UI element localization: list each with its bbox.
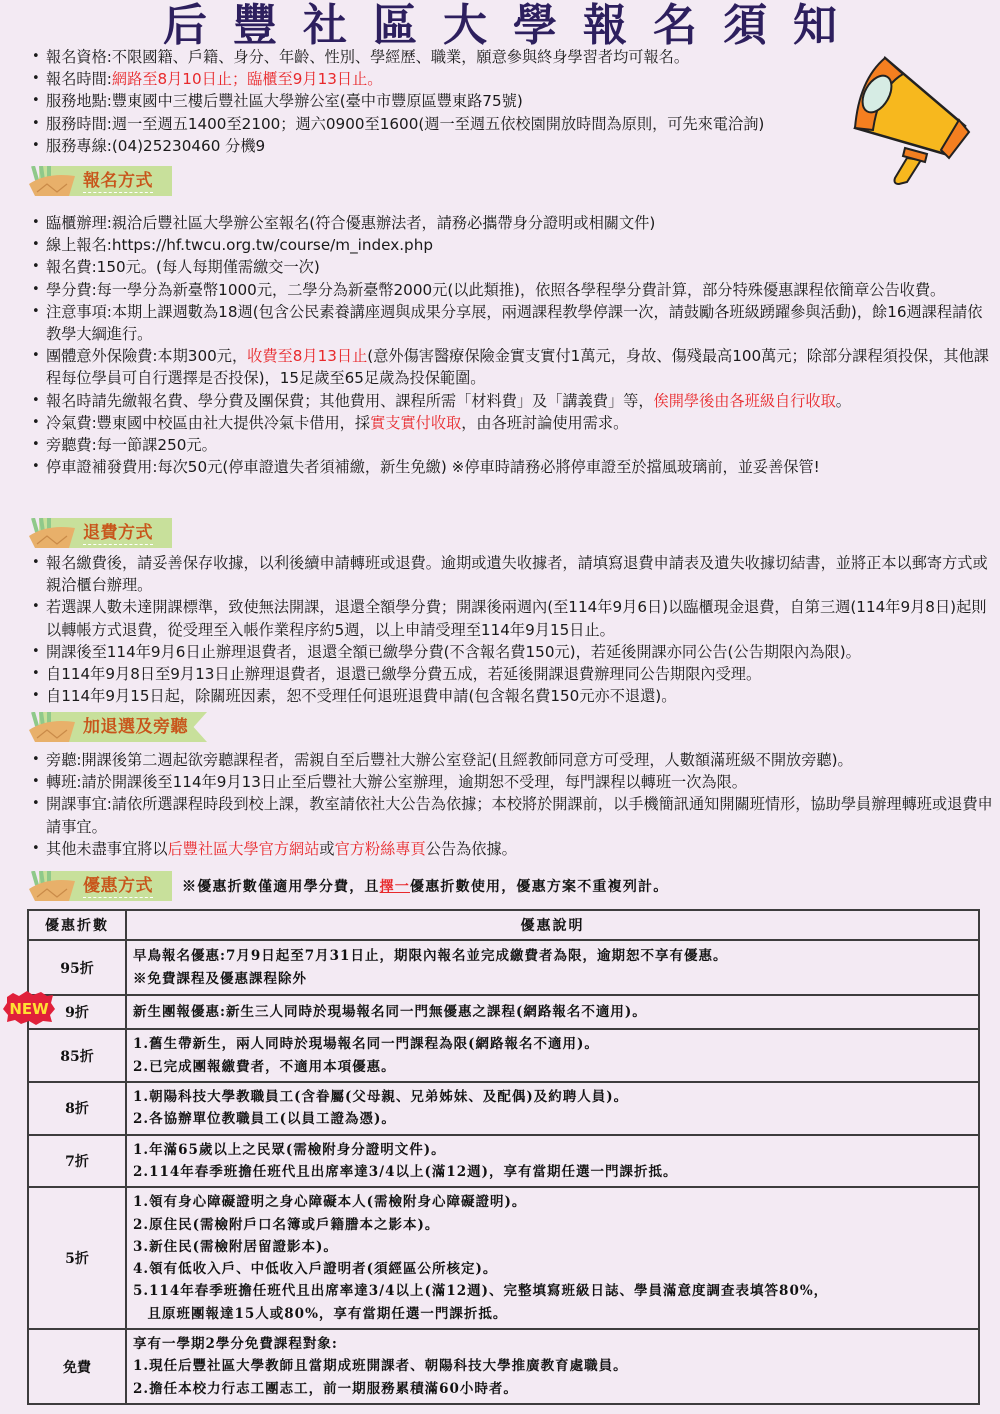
description-cell: 1.舊生帶新生，兩人同時於現場報名同一門課程為限(網路報名不適用)。 2.已完成… [126,1029,979,1082]
table-row: 7折 1.年滿65歲以上之民眾(需檢附身分證明文件)。 2.114年春季班擔任班… [28,1135,979,1188]
section-title: 加退選及旁聽 [83,716,188,738]
rate-cell: 7折 [28,1135,126,1188]
section-title: 優惠方式 [83,875,153,898]
basket-icon [27,871,79,903]
description-cell: 1.朝陽科技大學教職員工(含眷屬(父母親、兄弟姊妹、及配偶)及約聘人員)。 2.… [126,1082,979,1135]
list-item: 停車證補發費用:每次50元(停車證遺失者須補繳，新生免繳) ※停車時請務必將停車… [30,456,995,478]
table-row: 8折 1.朝陽科技大學教職員工(含眷屬(父母親、兄弟姊妹、及配偶)及約聘人員)。… [28,1082,979,1135]
description-cell: 1.領有身心障礙證明之身心障礙本人(需檢附身心障礙證明)。 2.原住民(需檢附戶… [126,1187,979,1329]
list-item: 自114年9月15日起，除關班因素，恕不受理任何退班退費申請(包含報名費150元… [30,685,995,707]
list-item: 轉班:請於開課後至114年9月13日止至后豐社大辦公室辦理，逾期恕不受理，每門課… [30,771,995,793]
list-item: 自114年9月8日至9月13日止辦理退費者，退還已繳學分費五成，若延後開課退費辦… [30,663,995,685]
list-item: 旁聽費:每一節課250元。 [30,434,995,456]
list-item: 報名費:150元。(每人每期僅需繳交一次) [30,256,995,278]
intro-item-phone: 服務專線:(04)25230460 分機9 [30,135,995,157]
intro-item-location: 服務地點:豐東國中三樓后豐社區大學辦公室(臺中市豐原區豐東路75號) [30,90,995,112]
section-header-audit: 加退選及旁聽 [27,712,207,742]
description-cell: 享有一學期2學分免費課程對象: 1.現任后豐社區大學教師且當期成班開課者、朝陽科… [126,1329,979,1404]
intro-item-registration-time: 報名時間:網路至8月10日止；臨櫃至9月13日止。 [30,68,995,90]
new-badge-icon: NEW [3,991,55,1025]
intro-list: 報名資格:不限國籍、戶籍、身分、年齡、性別、學經歷、職業，願意參與終身學習者均可… [30,46,995,157]
rate-cell: 95折 [28,940,126,995]
list-item: 開課事宜:請依所選課程時段到校上課，教室請依社大公告為依據；本校將於開課前，以手… [30,793,995,837]
description-cell: 1.年滿65歲以上之民眾(需檢附身分證明文件)。 2.114年春季班擔任班代且出… [126,1135,979,1188]
list-item: 報名時請先繳報名費、學分費及團保費；其他費用、課程所需「材料費」及「講義費」等，… [30,390,995,412]
rate-cell: 85折 [28,1029,126,1082]
list-item: 線上報名:https://hf.twcu.org.tw/course/m_ind… [30,234,995,256]
audit-list: 旁聽:開課後第二週起欲旁聽課程者，需親自至后豐社大辦公室登記(且經教師同意方可受… [30,749,995,860]
section-title: 退費方式 [83,522,153,545]
table-row: 85折 1.舊生帶新生，兩人同時於現場報名同一門課程為限(網路報名不適用)。 2… [28,1029,979,1082]
list-item: 旁聽:開課後第二週起欲旁聽課程者，需親自至后豐社大辦公室登記(且經教師同意方可受… [30,749,995,771]
refund-list: 報名繳費後，請妥善保存收據，以利後續申請轉班或退費。逾期或遺失收據者，請填寫退費… [30,552,995,707]
section-title: 報名方式 [83,170,153,193]
rate-cell: 免費 [28,1329,126,1404]
list-item: 學分費:每一學分為新臺幣1000元，二學分為新臺幣2000元(以此類推)，依照各… [30,279,995,301]
intro-item-eligibility: 報名資格:不限國籍、戶籍、身分、年齡、性別、學經歷、職業，願意參與終身學習者均可… [30,46,995,68]
list-item: 團體意外保險費:本期300元，收費至8月13日止(意外傷害醫療保險金實支實付1萬… [30,345,995,389]
table-row: 9折 新生團報優惠:新生三人同時於現場報名同一門無優惠之課程(網路報名不適用)。 [28,995,979,1029]
section-header-refund: 退費方式 [27,518,172,548]
table-header-row: 優惠折數 優惠說明 [28,910,979,940]
table-row: 5折 1.領有身心障礙證明之身心障礙本人(需檢附身心障礙證明)。 2.原住民(需… [28,1187,979,1329]
discount-table: 優惠折數 優惠說明 95折 早鳥報名優惠:7月9日起至7月31日止，期限內報名並… [27,909,980,1405]
list-item: 其他未盡事宜將以后豐社區大學官方網站或官方粉絲專頁公告為依據。 [30,838,995,860]
section-header-registration: 報名方式 [27,166,172,196]
list-item: 若選課人數未達開課標準，致使無法開課，退還全額學分費；開課後兩週內(至114年9… [30,596,995,640]
header-rate: 優惠折數 [28,910,126,940]
section-header-discount: 優惠方式 [27,871,172,901]
list-item: 臨櫃辦理:親洽后豐社區大學辦公室報名(符合優惠辦法者，請務必攜帶身分證明或相關文… [30,212,995,234]
table-row: 95折 早鳥報名優惠:7月9日起至7月31日止，期限內報名並完成繳費者為限，逾期… [28,940,979,995]
basket-icon [27,166,79,198]
list-item: 開課後至114年9月6日止辦理退費者，退還全額已繳學分費(不含報名費150元)，… [30,641,995,663]
list-item: 冷氣費:豐東國中校區由社大提供冷氣卡借用，採實支實付收取，由各班討論使用需求。 [30,412,995,434]
header-description: 優惠說明 [126,910,979,940]
rate-cell: 5折 [28,1187,126,1329]
rate-cell: 8折 [28,1082,126,1135]
description-cell: 早鳥報名優惠:7月9日起至7月31日止，期限內報名並完成繳費者為限，逾期恕不享有… [126,940,979,995]
page-title: 后豐社區大學報名須知 [0,2,1000,50]
list-item: 報名繳費後，請妥善保存收據，以利後續申請轉班或退費。逾期或遺失收據者，請填寫退費… [30,552,995,596]
description-cell: 新生團報優惠:新生三人同時於現場報名同一門無優惠之課程(網路報名不適用)。 [126,995,979,1029]
basket-icon [27,518,79,550]
intro-item-service-hours: 服務時間:週一至週五1400至2100；週六0900至1600(週一至週五依校園… [30,113,995,135]
basket-icon [27,712,79,744]
table-row: 免費 享有一學期2學分免費課程對象: 1.現任后豐社區大學教師且當期成班開課者、… [28,1329,979,1404]
registration-list: 臨櫃辦理:親洽后豐社區大學辦公室報名(符合優惠辦法者，請務必攜帶身分證明或相關文… [30,212,995,478]
svg-text:NEW: NEW [9,1000,49,1018]
list-item: 注意事項:本期上課週數為18週(包含公民素養講座週與成果分享展，兩週課程教學停課… [30,301,995,345]
discount-note: ※優惠折數僅適用學分費，且擇一優惠折數使用，優惠方案不重複列計。 [182,876,668,896]
